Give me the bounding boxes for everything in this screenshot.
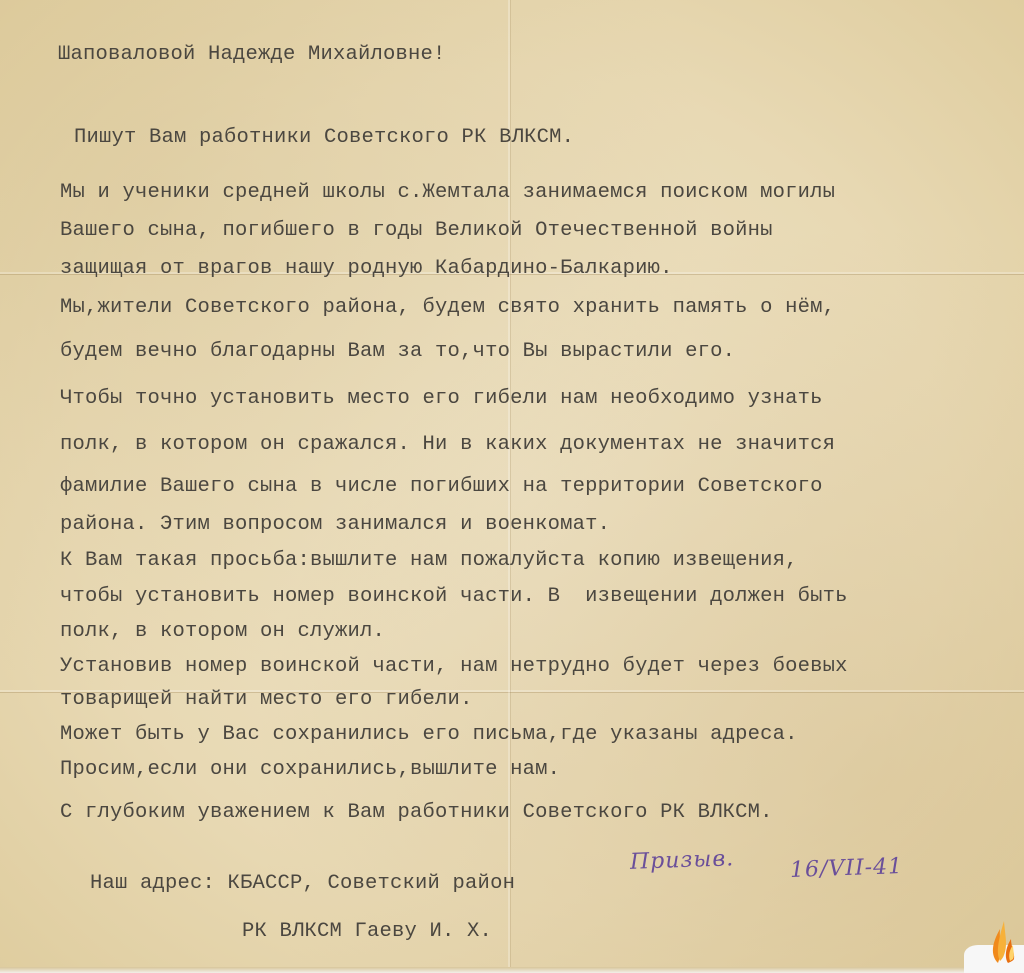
body-line: чтобы установить номер воинской части. В… bbox=[60, 587, 848, 608]
body-line: Мы и ученики средней школы с.Жемтала зан… bbox=[60, 183, 835, 204]
flame-icon bbox=[984, 917, 1018, 965]
closing-line: С глубоким уважением к Вам работники Сов… bbox=[60, 803, 773, 824]
body-line: Мы,жители Советского района, будем свято… bbox=[60, 298, 835, 319]
body-line: Чтобы точно установить место его гибели … bbox=[60, 389, 823, 410]
body-line: фамилие Вашего сына в числе погибших на … bbox=[60, 477, 823, 498]
body-line: Вашего сына, погибшего в годы Великой От… bbox=[60, 221, 773, 242]
body-line: Просим,если они сохранились,вышлите нам. bbox=[60, 760, 560, 781]
body-line: К Вам такая просьба:вышлите нам пожалуйс… bbox=[60, 551, 798, 572]
letter-page: Шаповаловой Надежде Михайловне! Пишут Ва… bbox=[0, 0, 1024, 973]
address-recipient: РК ВЛКСМ Гаеву И. Х. bbox=[242, 922, 492, 943]
body-line: товарищей найти место его гибели. bbox=[60, 690, 473, 711]
intro-line: Пишут Вам работники Советского РК ВЛКСМ. bbox=[74, 128, 574, 149]
handwritten-word: Призыв. bbox=[630, 846, 735, 875]
body-line: полк, в котором он сражался. Ни в каких … bbox=[60, 435, 835, 456]
body-line: Установив номер воинской части, нам нетр… bbox=[60, 657, 848, 678]
body-line: защищая от врагов нашу родную Кабардино-… bbox=[60, 259, 673, 280]
salutation: Шаповаловой Надежде Михайловне! bbox=[58, 45, 446, 66]
body-line: будем вечно благодарны Вам за то,что Вы … bbox=[60, 342, 735, 363]
body-line: Может быть у Вас сохранились его письма,… bbox=[60, 725, 798, 746]
handwritten-date: 16/VII-41 bbox=[790, 854, 904, 883]
paper-edge bbox=[0, 967, 970, 973]
address-line: Наш адрес: КБАССР, Советский район bbox=[90, 874, 515, 895]
body-line: полк, в котором он служил. bbox=[60, 622, 385, 643]
body-line: района. Этим вопросом занимался и военко… bbox=[60, 515, 610, 536]
